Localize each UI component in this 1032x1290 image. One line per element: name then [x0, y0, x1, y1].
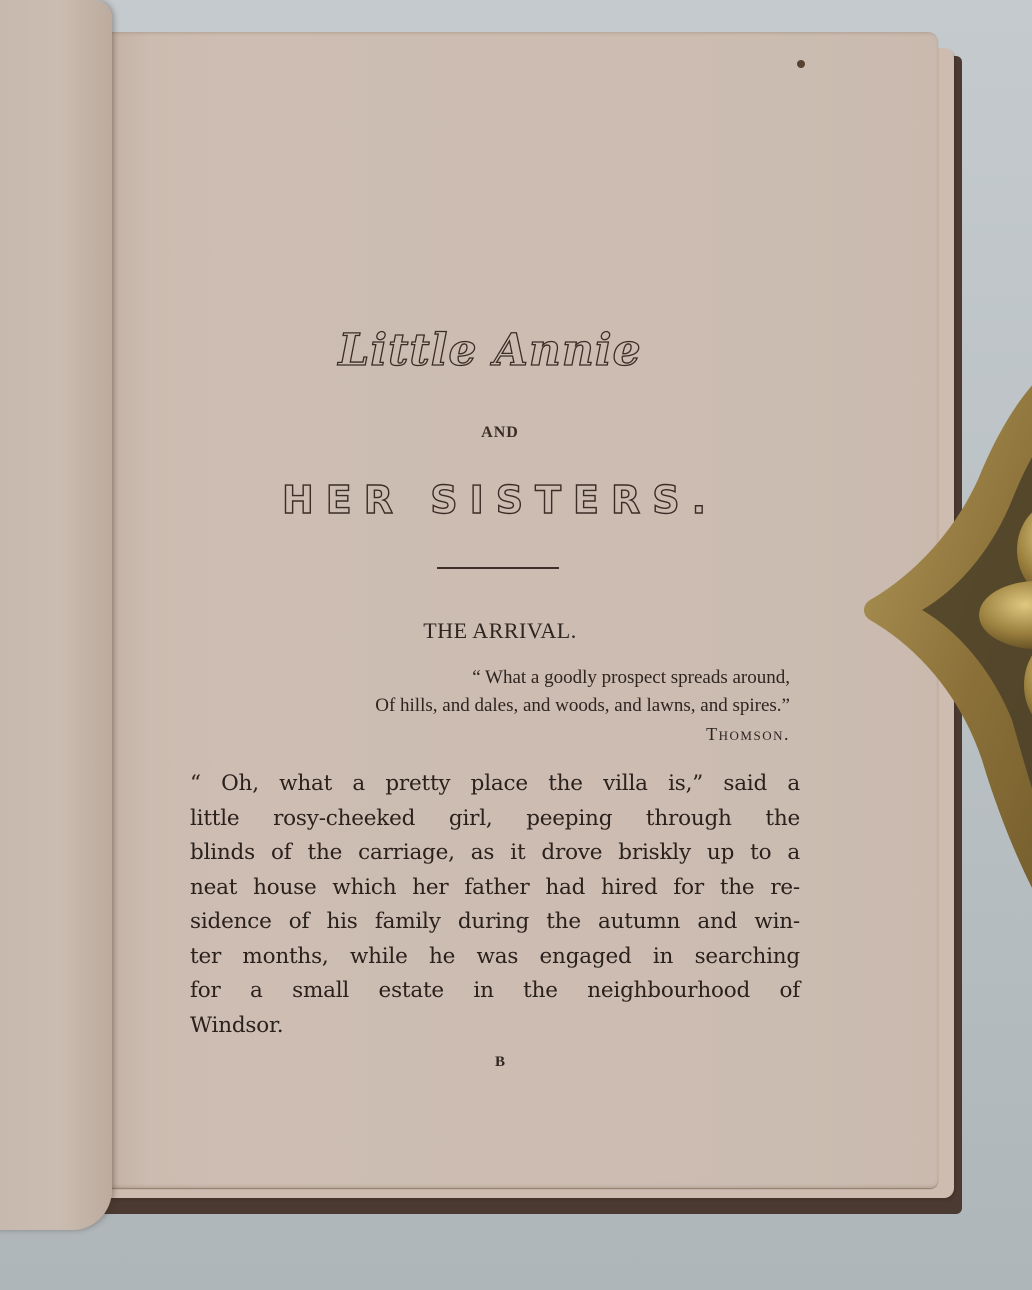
epigraph-line-1: “ What a goodly prospect spreads around,	[200, 664, 790, 692]
body-line: ter months, while he was engaged in sear…	[190, 940, 800, 975]
body-line: little rosy-cheeked girl, peeping throug…	[190, 802, 800, 837]
chapter-heading: THE ARRIVAL.	[340, 618, 660, 644]
paper-stain	[797, 60, 805, 68]
title-rule-divider	[437, 567, 559, 569]
body-line: for a small estate in the neighbourhood …	[190, 974, 800, 1009]
epigraph-attribution: Thomson.	[200, 720, 790, 748]
signature-mark: B	[480, 1054, 520, 1071]
left-page-curl	[0, 0, 112, 1230]
brass-ornament-icon	[862, 340, 1032, 980]
body-line: neat house which her father had hired fo…	[190, 871, 800, 906]
body-line: “ Oh, what a pretty place the villa is,”…	[190, 767, 800, 802]
title-line-1: Little Annie	[300, 325, 680, 376]
epigraph-line-2: Of hills, and dales, and woods, and lawn…	[200, 692, 790, 720]
title-conjunction: AND	[440, 424, 560, 442]
body-line: sidence of his family during the autumn …	[190, 905, 800, 940]
body-line: Windsor.	[190, 1009, 800, 1044]
body-line: blinds of the carriage, as it drove bris…	[190, 836, 800, 871]
body-paragraph: “ Oh, what a pretty place the villa is,”…	[190, 767, 800, 1043]
epigraph: “ What a goodly prospect spreads around,…	[200, 664, 790, 748]
title-line-2: HER SISTERS.	[270, 478, 730, 522]
